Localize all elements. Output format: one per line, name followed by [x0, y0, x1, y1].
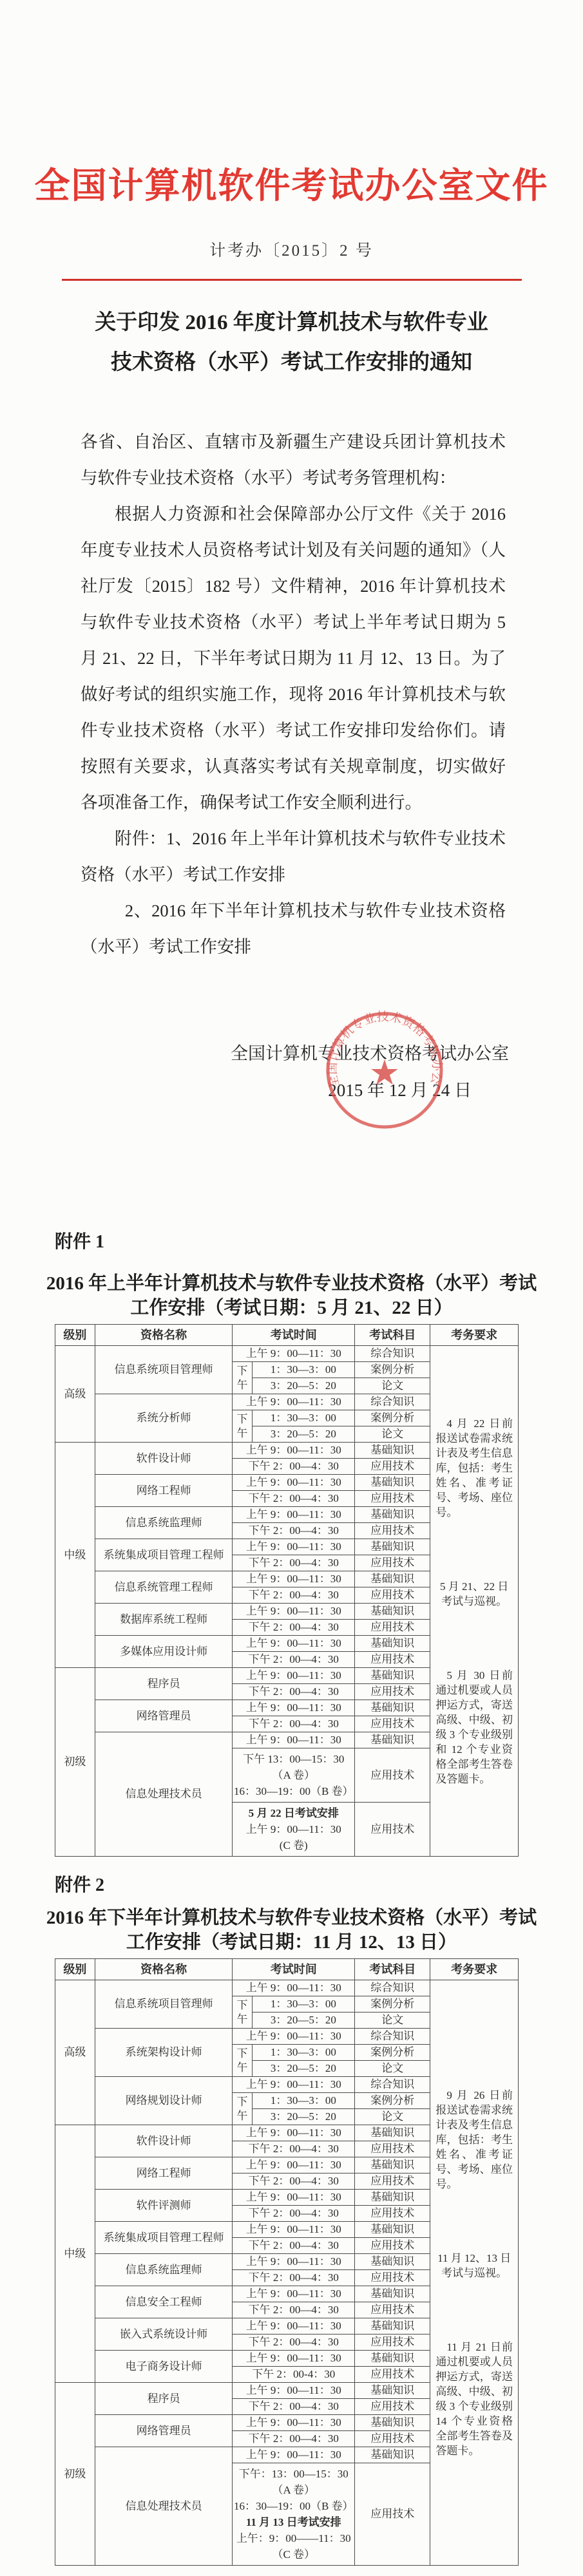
table-cell: 应用技术 [355, 1684, 430, 1700]
red-divider-rule [62, 279, 522, 281]
table-cell: 应用技术 [355, 1523, 430, 1539]
signature-org: 全国计算机专业技术资格考试办公室 [0, 1039, 509, 1065]
table-cell: 案例分析 [355, 1410, 430, 1426]
table-cell: 3：20—5：20 [252, 1378, 355, 1394]
table-cell: 上午 9：00—11：30 [233, 2077, 355, 2093]
table-cell: 上午 9：00—11：30 [233, 1732, 355, 1748]
qualification-cell: 网络工程师 [95, 1475, 233, 1507]
table2-title-line-2: 工作安排（考试日期：11 月 12、13 日） [0, 1930, 583, 1955]
qualification-cell: 程序员 [95, 2383, 233, 2415]
table-cell: 上午 9：00—11：30 [233, 2447, 355, 2463]
table-cell: 下午 2：00—4：30 [233, 1716, 355, 1732]
level-cell: 中级 [55, 2125, 95, 2383]
table-cell: 基础知识 [355, 1732, 430, 1748]
qualification-cell: 系统集成项目管理工程师 [95, 2222, 233, 2254]
table-cell: 下午 2：00—4：30 [233, 2270, 355, 2286]
table-cell: 上午 9：00—11：30 [233, 1507, 355, 1523]
table-cell: 1：30—3：00 [252, 1362, 355, 1378]
table-cell: 1：30—3：00 [252, 2093, 355, 2109]
table-cell: 案例分析 [355, 1996, 430, 2012]
table-cell: 应用技术 [355, 1803, 430, 1857]
official-seal-stamp: 全国计算机专业技术资格考试办公室 ★ [320, 1006, 449, 1135]
table-cell: 下午 2：00—4：30 [233, 2206, 355, 2222]
table-cell: 论文 [355, 1426, 430, 1443]
table-cell: 上午 9：00—11：30 [233, 1980, 355, 1996]
table-cell: 基础知识 [355, 1507, 430, 1523]
table-cell: 下午 [233, 2045, 252, 2077]
qualification-cell: 软件评测师 [95, 2190, 233, 2222]
table-cell: 上午 9：00—11：30 [233, 2351, 355, 2367]
table1-title-line-1: 2016 年上半年计算机技术与软件专业技术资格（水平）考试 [0, 1271, 583, 1296]
column-header: 考务要求 [430, 1325, 519, 1346]
qualification-cell: 系统集成项目管理工程师 [95, 1539, 233, 1571]
table-cell: 基础知识 [355, 2222, 430, 2238]
table-cell: 综合知识 [355, 1980, 430, 1996]
table-cell: 下午 2：00—4：30 [233, 1684, 355, 1700]
table-cell: 上午 9：00—11：30 [233, 1394, 355, 1410]
table-cell: 综合知识 [355, 2077, 430, 2093]
table-cell: 综合知识 [355, 1394, 430, 1410]
table-cell: 综合知识 [355, 1346, 430, 1362]
table-cell: 下午 2：00—4：30 [233, 1491, 355, 1507]
table2-title-line-1: 2016 年下半年计算机技术与软件专业技术资格（水平）考试 [0, 1906, 583, 1930]
table-cell: 下午 2：00—4：30 [233, 1555, 355, 1571]
table-cell: 应用技术 [355, 1587, 430, 1604]
qualification-cell: 软件设计师 [95, 2125, 233, 2157]
signature-block: 全国计算机专业技术资格考试办公室 ★ 全国计算机专业技术资格考试办公室 2015… [0, 1039, 509, 1101]
table-cell: 下午 2：00—4：30 [233, 1459, 355, 1475]
table-cell: 应用技术 [355, 2463, 430, 2566]
table-cell: 基础知识 [355, 2190, 430, 2206]
attachment-list-line-2: 2、2016 年下半年计算机技术与软件专业技术资格（水平）考试工作安排 [81, 893, 506, 965]
table-cell: 上午 9：00—11：30 [233, 1700, 355, 1716]
table-cell: 基础知识 [355, 1700, 430, 1716]
table-cell: 下午：13：00—15：30（A 卷）16：30—19：00（B 卷）11 月 … [233, 2463, 355, 2566]
column-header: 考务要求 [430, 1959, 519, 1980]
table-cell: 下午 2：00—4：30 [233, 2238, 355, 2254]
qualification-cell: 信息系统管理工程师 [95, 1571, 233, 1604]
table-cell: 案例分析 [355, 2045, 430, 2061]
signature-date: 2015 年 12 月 24 日 [0, 1076, 509, 1101]
table-cell: 基础知识 [355, 2415, 430, 2431]
table-cell: 基础知识 [355, 2383, 430, 2399]
schedule-table-2: 级别资格名称考试时间考试科目考务要求高级信息系统项目管理师上午 9：00—11：… [55, 1958, 583, 2566]
qualification-cell: 信息安全工程师 [95, 2286, 233, 2318]
qualification-cell: 网络管理员 [95, 2415, 233, 2447]
table1-title-line-2: 工作安排（考试日期：5 月 21、22 日） [0, 1296, 583, 1320]
table-cell: 上午 9：00—11：30 [233, 2286, 355, 2302]
attachment2-label: 附件 2 [55, 1871, 583, 1897]
table-cell: 上午 9：00—11：30 [233, 1668, 355, 1684]
table-cell: 应用技术 [355, 2302, 430, 2318]
column-header: 考试科目 [355, 1959, 430, 1980]
qualification-cell: 软件设计师 [95, 1443, 233, 1475]
schedule-table-1: 级别资格名称考试时间考试科目考务要求高级信息系统项目管理师上午 9：00—11：… [55, 1324, 583, 1857]
table-cell: 基础知识 [355, 1475, 430, 1491]
table-cell: 下午 [233, 2093, 252, 2125]
column-header: 考试时间 [233, 1325, 355, 1346]
table-cell: 上午 9：00—11：30 [233, 2383, 355, 2399]
table-cell: 下午 13：00—15：30（A 卷）16：30—19：00（B 卷） [233, 1748, 355, 1803]
qualification-cell: 信息处理技术员 [95, 2447, 233, 2566]
column-header: 资格名称 [95, 1325, 233, 1346]
table-cell: 上午 9：00—11：30 [233, 2254, 355, 2270]
table-cell: 应用技术 [355, 2270, 430, 2286]
qualification-cell: 数据库系统工程师 [95, 1604, 233, 1636]
document-body: 各省、自治区、直辖市及新疆生产建设兵团计算机技术与软件专业技术资格（水平）考试考… [81, 424, 506, 965]
table-cell: 3：20—5：20 [252, 2109, 355, 2125]
table-cell: 案例分析 [355, 2093, 430, 2109]
table-cell: 上午 9：00—11：30 [233, 1443, 355, 1459]
column-header: 级别 [55, 1325, 95, 1346]
qualification-cell: 信息系统项目管理师 [95, 1980, 233, 2029]
table-cell: 上午 9：00—11：30 [233, 1346, 355, 1362]
qualification-cell: 网络规划设计师 [95, 2077, 233, 2125]
qualification-cell: 网络管理员 [95, 1700, 233, 1732]
table-cell: 基础知识 [355, 2254, 430, 2270]
table-cell: 下午 [233, 1410, 252, 1443]
qualification-cell: 系统分析师 [95, 1394, 233, 1443]
level-cell: 高级 [55, 1346, 95, 1443]
table-cell: 上午 9：00—11：30 [233, 2318, 355, 2334]
table-cell: 综合知识 [355, 2029, 430, 2045]
column-header: 考试科目 [355, 1325, 430, 1346]
table-cell: 下午 2：00-4：30 [233, 2367, 355, 2383]
table-cell: 上午 9：00—11：30 [233, 2029, 355, 2045]
table-cell: 应用技术 [355, 1459, 430, 1475]
table-cell: 上午 9：00—11：30 [233, 1475, 355, 1491]
table-cell: 下午 2：00—4：30 [233, 1620, 355, 1636]
table-cell: 上午 9：00—11：30 [233, 2222, 355, 2238]
table-cell: 上午 9：00—11：30 [233, 1604, 355, 1620]
qualification-cell: 网络工程师 [95, 2157, 233, 2190]
table-cell: 基础知识 [355, 2157, 430, 2173]
seal-circle [328, 1014, 441, 1127]
level-cell: 中级 [55, 1443, 95, 1668]
issue-number: 计考办〔2015〕2 号 [0, 238, 583, 261]
table-cell: 1：30—3：00 [252, 1996, 355, 2012]
table-cell: 下午 2：00—4：30 [233, 1523, 355, 1539]
document-title-line-2: 技术资格（水平）考试工作安排的通知 [0, 343, 583, 383]
table-cell: 应用技术 [355, 1652, 430, 1668]
table-cell: 上午 9：00—11：30 [233, 2125, 355, 2141]
table-cell: 基础知识 [355, 2318, 430, 2334]
attachment-list-line-1: 附件：1、2016 年上半年计算机技术与软件专业技术资格（水平）考试工作安排 [81, 820, 506, 893]
table-cell: 论文 [355, 2061, 430, 2077]
table-cell: 论文 [355, 1378, 430, 1394]
table-cell: 上午 9：00—11：30 [233, 1571, 355, 1587]
table-cell: 应用技术 [355, 2238, 430, 2254]
scanned-official-document: 全国计算机软件考试办公室文件 计考办〔2015〕2 号 关于印发 2016 年度… [0, 0, 583, 2576]
level-cell: 初级 [55, 2383, 95, 2566]
exam-requirements-cell: 4 月 22 日前报送试卷需求统计表及考生信息库，包括：考生姓名、准考证号、考场… [430, 1346, 519, 1857]
table-cell: 下午 2：00—4：30 [233, 2302, 355, 2318]
table-cell: 应用技术 [355, 2399, 430, 2415]
table-cell: 论文 [355, 2012, 430, 2029]
table-cell: 基础知识 [355, 2286, 430, 2302]
table-cell: 上午 9：00—11：30 [233, 2190, 355, 2206]
table-cell: 基础知识 [355, 2447, 430, 2463]
qualification-cell: 嵌入式系统设计师 [95, 2318, 233, 2351]
table-cell: 上午 9：00—11：30 [233, 1539, 355, 1555]
table-cell: 基础知识 [355, 1668, 430, 1684]
table-cell: 下午 2：00—4：30 [233, 2334, 355, 2351]
qualification-cell: 系统架构设计师 [95, 2029, 233, 2077]
qualification-cell: 信息系统监理师 [95, 1507, 233, 1539]
qualification-cell: 信息处理技术员 [95, 1732, 233, 1857]
table-cell: 上午 9：00—11：30 [233, 1636, 355, 1652]
table-cell: 3：20—5：20 [252, 1426, 355, 1443]
column-header: 资格名称 [95, 1959, 233, 1980]
table-cell: 基础知识 [355, 1604, 430, 1620]
document-title-line-1: 关于印发 2016 年度计算机技术与软件专业 [0, 303, 583, 343]
table-cell: 应用技术 [355, 2334, 430, 2351]
table-cell: 应用技术 [355, 2367, 430, 2383]
table-cell: 应用技术 [355, 1555, 430, 1571]
table-cell: 下午 [233, 1362, 252, 1394]
table-cell: 5 月 22 日考试安排上午 9：00—11：30(C 卷) [233, 1803, 355, 1857]
table-cell: 应用技术 [355, 1620, 430, 1636]
table-cell: 应用技术 [355, 1716, 430, 1732]
table-cell: 基础知识 [355, 2125, 430, 2141]
table-cell: 下午 2：00—4：30 [233, 2141, 355, 2157]
table-cell: 3：20—5：20 [252, 2012, 355, 2029]
column-header: 级别 [55, 1959, 95, 1980]
document-title: 关于印发 2016 年度计算机技术与软件专业 技术资格（水平）考试工作安排的通知 [0, 303, 583, 383]
column-header: 考试时间 [233, 1959, 355, 1980]
level-cell: 初级 [55, 1668, 95, 1857]
table-cell: 上午 9：00—11：30 [233, 2415, 355, 2431]
table-cell: 下午 2：00—4：30 [233, 2173, 355, 2190]
qualification-cell: 信息系统监理师 [95, 2254, 233, 2286]
table-cell: 下午 2：00—4：30 [233, 2431, 355, 2447]
document-header-org-title: 全国计算机软件考试办公室文件 [0, 157, 583, 208]
attachment1-label: 附件 1 [55, 1227, 583, 1253]
table-cell: 案例分析 [355, 1362, 430, 1378]
table-cell: 应用技术 [355, 2141, 430, 2157]
qualification-cell: 多媒体应用设计师 [95, 1636, 233, 1668]
table-cell: 基础知识 [355, 1571, 430, 1587]
body-paragraph: 根据人力资源和社会保障部办公厅文件《关于 2016 年度专业技术人员资格考试计划… [81, 496, 506, 820]
table-cell: 基础知识 [355, 1636, 430, 1652]
recipient-paragraph: 各省、自治区、直辖市及新疆生产建设兵团计算机技术与软件专业技术资格（水平）考试考… [81, 424, 506, 496]
qualification-cell: 电子商务设计师 [95, 2351, 233, 2383]
table-cell: 基础知识 [355, 2351, 430, 2367]
qualification-cell: 信息系统项目管理师 [95, 1346, 233, 1394]
table-cell: 3：20—5：20 [252, 2061, 355, 2077]
table-cell: 下午 2：00—4：30 [233, 2399, 355, 2415]
table-cell: 应用技术 [355, 1748, 430, 1803]
exam-requirements-cell: 9 月 26 日前报送试卷需求统计表及考生信息库，包括：考生姓名、准考证号、考场… [430, 1980, 519, 2566]
table-cell: 基础知识 [355, 1443, 430, 1459]
table-cell: 论文 [355, 2109, 430, 2125]
table-cell: 下午 2：00—4：30 [233, 1587, 355, 1604]
level-cell: 高级 [55, 1980, 95, 2125]
table-cell: 基础知识 [355, 1539, 430, 1555]
table-cell: 应用技术 [355, 1491, 430, 1507]
table-cell: 1：30—3：00 [252, 1410, 355, 1426]
table-cell: 应用技术 [355, 2173, 430, 2190]
table-cell: 下午 [233, 1996, 252, 2029]
table-cell: 1：30—3：00 [252, 2045, 355, 2061]
table-cell: 下午 2：00—4：30 [233, 1652, 355, 1668]
table-cell: 应用技术 [355, 2206, 430, 2222]
table-cell: 应用技术 [355, 2431, 430, 2447]
table-cell: 上午 9：00—11：30 [233, 2157, 355, 2173]
qualification-cell: 程序员 [95, 1668, 233, 1700]
